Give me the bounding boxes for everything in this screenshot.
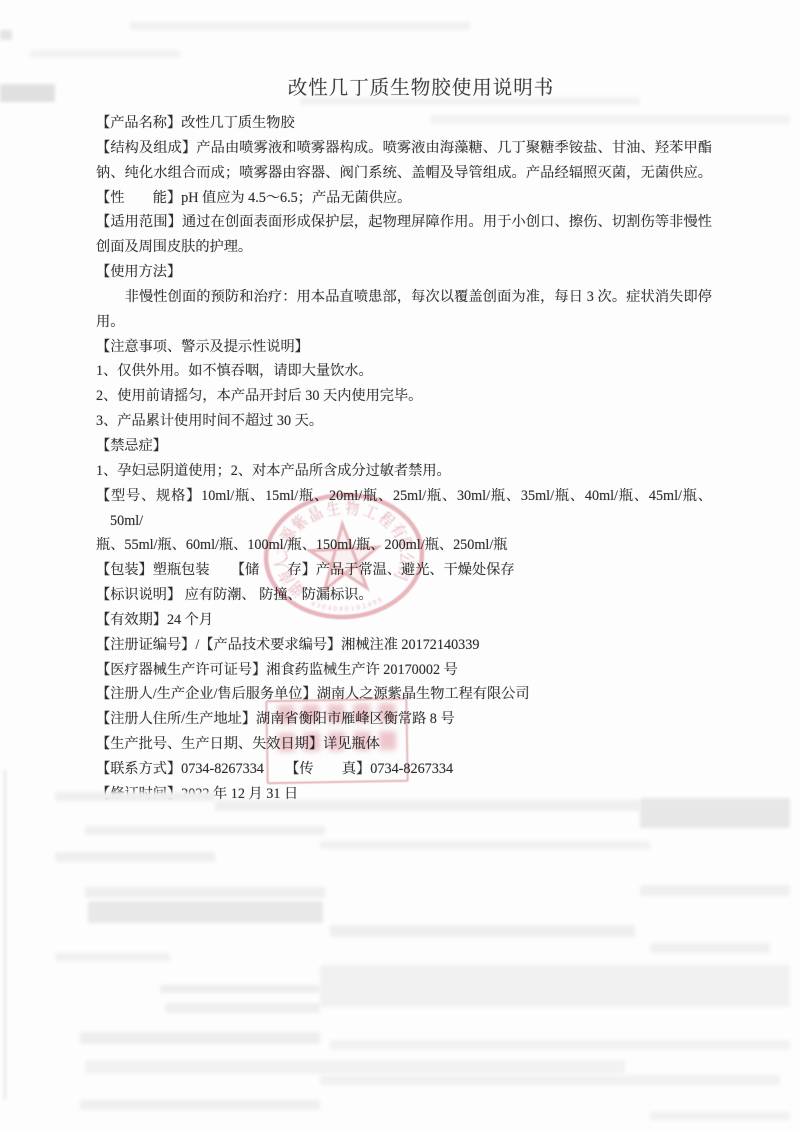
doc-line: 【注册人/生产企业/售后服务单位】湖南人之源紫晶生物工程有限公司 (96, 682, 712, 707)
scan-artifact (320, 841, 650, 849)
scan-artifact (130, 22, 470, 30)
scan-artifact (165, 1003, 320, 1013)
scan-artifact (160, 985, 320, 993)
doc-line: 【型号、规格】10ml/瓶、15ml/瓶、20ml/瓶、25ml/瓶、30ml/… (96, 484, 712, 509)
scan-artifact (55, 792, 215, 801)
scan-artifact (30, 50, 180, 58)
doc-line: 创面及周围皮肤的护理。 (96, 235, 712, 260)
scan-artifact (0, 84, 55, 102)
scan-artifact (0, 30, 12, 40)
doc-line: 1、孕妇忌阴道使用；2、对本产品所含成分过敏者禁用。 (96, 459, 712, 484)
doc-line: 用。 (96, 310, 712, 335)
scan-artifact (4, 770, 6, 1100)
doc-line: 【性 能】pH 值应为 4.5～6.5；产品无菌供应。 (96, 186, 712, 211)
doc-line: 【使用方法】 (96, 260, 712, 285)
doc-line: 【注意事项、警示及提示性说明】 (96, 335, 712, 360)
doc-line: 钠、纯化水组合而成；喷雾器由容器、阀门系统、盖帽及导管组成。产品经辐照灭菌，无菌… (96, 161, 712, 186)
doc-line: 瓶、55ml/瓶、60ml/瓶、100ml/瓶、150ml/瓶、200ml/瓶、… (96, 533, 712, 558)
scan-artifact (650, 1112, 790, 1120)
scan-artifact (85, 887, 325, 898)
scan-artifact (55, 953, 170, 961)
scan-artifact (215, 800, 640, 811)
doc-line: 【包装】塑瓶包装 【储 存】产品于常温、避光、干燥处保存 (96, 558, 712, 583)
scan-artifact (650, 943, 770, 953)
scanned-document-page: 改性几丁质生物胶使用说明书 【产品名称】改性几丁质生物胶 【结构及组成】产品由喷… (0, 0, 800, 1130)
scan-artifact (80, 1100, 320, 1110)
doc-line: 【联系方式】0734-8267334 【传 真】0734-8267334 (96, 757, 712, 782)
doc-line: 【标识说明】 应有防潮、 防撞、防漏标识。 (96, 583, 712, 608)
doc-line: 【生产批号、生产日期、失效日期】详见瓶体 (96, 732, 712, 757)
doc-line: 3、产品累计使用时间不超过 30 天。 (96, 409, 712, 434)
doc-line: 【禁忌症】 (96, 434, 712, 459)
scan-artifact (640, 885, 790, 896)
scan-artifact (640, 798, 790, 828)
doc-line: 【注册证编号】/【产品技术要求编号】湘械注准 20172140339 (96, 633, 712, 658)
scan-artifact (430, 115, 790, 124)
scan-artifact (55, 852, 215, 862)
doc-line: 1、仅供外用。如不慎吞咽，请即大量饮水。 (96, 359, 712, 384)
scan-artifact (330, 925, 635, 937)
doc-line: 非慢性创面的预防和治疗：用本品直喷患部，每次以覆盖创面为准，每日 3 次。症状消… (96, 285, 712, 310)
scan-artifact (85, 826, 325, 835)
scan-artifact (85, 1060, 625, 1074)
scan-artifact (300, 97, 640, 105)
doc-line: 【适用范围】通过在创面表面形成保护层，起物理屏障作用。用于小创口、擦伤、切割伤等… (96, 210, 712, 235)
doc-line: 【有效期】24 个月 (96, 608, 712, 633)
doc-line: 【医疗器械生产许可证号】湘食药监械生产许 20170002 号 (96, 658, 712, 683)
scan-artifact (80, 1032, 320, 1044)
doc-body: 【产品名称】改性几丁质生物胶 【结构及组成】产品由喷雾液和喷雾器构成。喷雾液由海… (96, 111, 712, 807)
scan-artifact (330, 1040, 790, 1050)
scan-artifact (88, 901, 323, 923)
doc-line: 【结构及组成】产品由喷雾液和喷雾器构成。喷雾液由海藻糖、几丁聚糖季铵盐、甘油、羟… (96, 136, 712, 161)
scan-artifact (320, 965, 790, 1007)
doc-line: 【注册人住所/生产地址】湖南省衡阳市雁峰区衡常路 8 号 (96, 707, 712, 732)
doc-line: 2、使用前请摇匀，本产品开封后 30 天内使用完毕。 (96, 384, 712, 409)
scan-artifact (320, 1075, 780, 1085)
doc-line: 50ml/ (110, 509, 712, 534)
